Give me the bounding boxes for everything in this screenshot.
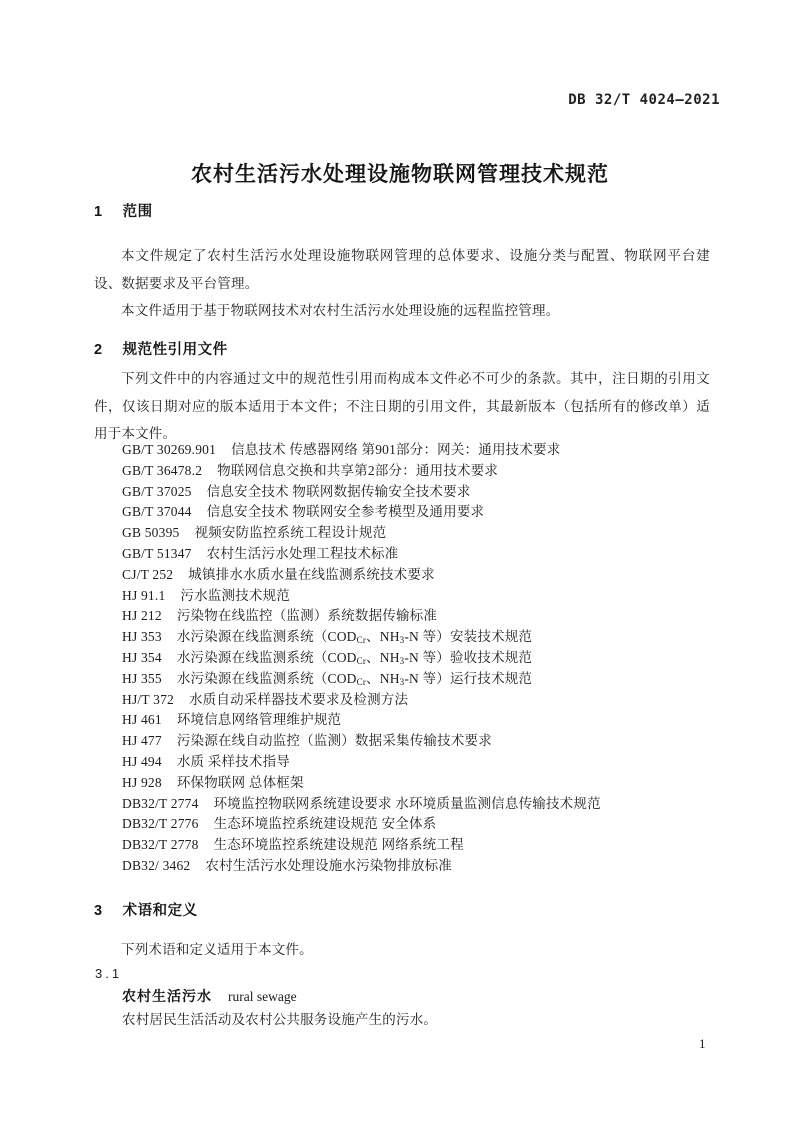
reference-item: DB32/T 2774环境监控物联网系统建设要求 水环境质量监测信息传输技术规范: [122, 794, 722, 815]
subscript-cr: Cr: [357, 656, 366, 666]
reference-code: HJ 461: [122, 710, 162, 731]
reference-code: HJ 928: [122, 773, 162, 794]
reference-title-part: 水污染源在线监测系统（COD: [177, 671, 357, 686]
reference-item: DB32/T 2776生态环境监控系统建设规范 安全体系: [122, 814, 722, 835]
reference-title: 信息安全技术 物联网数据传输安全技术要求: [207, 484, 471, 499]
reference-item: HJ 91.1污水监测技术规范: [122, 586, 722, 607]
reference-title: 水质自动采样器技术要求及检测方法: [189, 692, 408, 707]
reference-title: 环境信息网络管理维护规范: [177, 712, 341, 727]
reference-title: 水质 采样技术指导: [177, 754, 290, 769]
reference-title: 水污染源在线监测系统（CODCr、NH3-N 等）运行技术规范: [177, 671, 532, 686]
reference-title: 水污染源在线监测系统（CODCr、NH3-N 等）安装技术规范: [177, 629, 532, 644]
reference-item: HJ 477污染源在线自动监控（监测）数据采集传输技术要求: [122, 731, 722, 752]
term-name-zh: 农村生活污水: [122, 988, 212, 1004]
reference-code: HJ 355: [122, 669, 162, 690]
reference-title: 信息技术 传感器网络 第901部分：网关：通用技术要求: [231, 442, 560, 457]
term-number: 3.1: [95, 966, 122, 982]
reference-title: 环保物联网 总体框架: [177, 775, 304, 790]
reference-title-part: -N 等）安装技术规范: [404, 629, 532, 644]
section-2-title: 规范性引用文件: [123, 342, 228, 358]
reference-title: 污染源在线自动监控（监测）数据采集传输技术要求: [177, 733, 492, 748]
reference-code: HJ 353: [122, 627, 162, 648]
terms-intro-paragraph: 下列术语和定义适用于本文件。: [94, 936, 710, 964]
reference-code: GB/T 30269.901: [122, 440, 216, 461]
reference-code: HJ 212: [122, 606, 162, 627]
reference-title: 环境监控物联网系统建设要求 水环境质量监测信息传输技术规范: [214, 796, 601, 811]
section-1-heading: 1范围: [94, 203, 153, 221]
scope-paragraph-2: 本文件适用于基于物联网技术对农村生活污水处理设施的远程监控管理。: [94, 297, 710, 325]
section-3-heading: 3术语和定义: [94, 902, 198, 920]
references-intro-paragraph: 下列文件中的内容通过文中的规范性引用而构成本文件必不可少的条款。其中，注日期的引…: [94, 365, 710, 448]
reference-title: 污水监测技术规范: [180, 588, 290, 603]
reference-title-part: -N 等）验收技术规范: [404, 650, 532, 665]
normative-references-list: GB/T 30269.901信息技术 传感器网络 第901部分：网关：通用技术要…: [122, 440, 722, 877]
reference-item: GB 50395视频安防监控系统工程设计规范: [122, 523, 722, 544]
reference-title: 视频安防监控系统工程设计规范: [194, 525, 386, 540]
reference-item: DB32/T 2778生态环境监控系统建设规范 网络系统工程: [122, 835, 722, 856]
reference-code: GB/T 37025: [122, 482, 192, 503]
reference-item: HJ 212污染物在线监控（监测）系统数据传输标准: [122, 606, 722, 627]
reference-item: DB32/ 3462农村生活污水处理设施水污染物排放标准: [122, 856, 722, 877]
reference-title: 水污染源在线监测系统（CODCr、NH3-N 等）验收技术规范: [177, 650, 532, 665]
reference-title: 农村生活污水处理工程技术标准: [207, 546, 399, 561]
reference-code: HJ 477: [122, 731, 162, 752]
subscript-cr: Cr: [357, 677, 366, 687]
section-3-number: 3: [94, 902, 103, 920]
reference-title-part: -N 等）运行技术规范: [404, 671, 532, 686]
reference-item: GB/T 37044信息安全技术 物联网安全参考模型及通用要求: [122, 502, 722, 523]
reference-code: GB/T 36478.2: [122, 461, 202, 482]
reference-code: HJ 91.1: [122, 586, 165, 607]
reference-code: GB/T 37044: [122, 502, 192, 523]
reference-title-part: 水污染源在线监测系统（COD: [177, 629, 357, 644]
reference-item: GB/T 37025信息安全技术 物联网数据传输安全技术要求: [122, 482, 722, 503]
reference-title: 生态环境监控系统建设规范 安全体系: [214, 816, 437, 831]
section-2-heading: 2规范性引用文件: [94, 341, 228, 359]
scope-paragraph-1: 本文件规定了农村生活污水处理设施物联网管理的总体要求、设施分类与配置、物联网平台…: [94, 242, 710, 297]
reference-title-part: 水污染源在线监测系统（COD: [177, 650, 357, 665]
reference-code: GB/T 51347: [122, 544, 192, 565]
reference-item: HJ 353水污染源在线监测系统（CODCr、NH3-N 等）安装技术规范: [122, 627, 722, 648]
reference-code: HJ 354: [122, 648, 162, 669]
reference-item: CJ/T 252城镇排水水质水量在线监测系统技术要求: [122, 565, 722, 586]
reference-item: HJ 928环保物联网 总体框架: [122, 773, 722, 794]
reference-item: HJ/T 372水质自动采样器技术要求及检测方法: [122, 690, 722, 711]
doc-code-header: DB 32/T 4024—2021: [568, 92, 720, 108]
reference-title: 城镇排水水质水量在线监测系统技术要求: [188, 567, 435, 582]
reference-code: DB32/ 3462: [122, 856, 190, 877]
section-1-title: 范围: [123, 204, 153, 220]
reference-item: HJ 355水污染源在线监测系统（CODCr、NH3-N 等）运行技术规范: [122, 669, 722, 690]
reference-code: GB 50395: [122, 523, 179, 544]
reference-item: GB/T 30269.901信息技术 传感器网络 第901部分：网关：通用技术要…: [122, 440, 722, 461]
reference-code: DB32/T 2774: [122, 794, 199, 815]
reference-title: 物联网信息交换和共享第2部分：通用技术要求: [217, 463, 498, 478]
section-1-number: 1: [94, 203, 103, 221]
term-definition: 农村居民生活活动及农村公共服务设施产生的污水。: [122, 1011, 437, 1028]
page-number: 1: [699, 1036, 706, 1052]
reference-title: 信息安全技术 物联网安全参考模型及通用要求: [207, 504, 485, 519]
reference-item: HJ 494水质 采样技术指导: [122, 752, 722, 773]
reference-item: GB/T 51347农村生活污水处理工程技术标准: [122, 544, 722, 565]
reference-title: 污染物在线监控（监测）系统数据传输标准: [177, 608, 437, 623]
reference-code: DB32/T 2778: [122, 835, 199, 856]
subscript-cr: Cr: [357, 635, 366, 645]
reference-code: HJ 494: [122, 752, 162, 773]
reference-item: GB/T 36478.2物联网信息交换和共享第2部分：通用技术要求: [122, 461, 722, 482]
reference-item: HJ 354水污染源在线监测系统（CODCr、NH3-N 等）验收技术规范: [122, 648, 722, 669]
section-2-number: 2: [94, 341, 103, 359]
reference-title-part: 、NH: [366, 671, 400, 686]
document-page: DB 32/T 4024—2021 农村生活污水处理设施物联网管理技术规范 1范…: [0, 0, 800, 1131]
reference-title-part: 、NH: [366, 629, 400, 644]
reference-title: 农村生活污水处理设施水污染物排放标准: [205, 858, 452, 873]
reference-title: 生态环境监控系统建设规范 网络系统工程: [214, 837, 464, 852]
reference-code: CJ/T 252: [122, 565, 173, 586]
document-title: 农村生活污水处理设施物联网管理技术规范: [0, 158, 800, 188]
term-entry: 农村生活污水rural sewage: [122, 988, 297, 1006]
reference-item: HJ 461环境信息网络管理维护规范: [122, 710, 722, 731]
reference-code: HJ/T 372: [122, 690, 174, 711]
section-3-title: 术语和定义: [123, 903, 198, 919]
reference-code: DB32/T 2776: [122, 814, 199, 835]
reference-title-part: 、NH: [366, 650, 400, 665]
term-name-en: rural sewage: [228, 989, 297, 1004]
